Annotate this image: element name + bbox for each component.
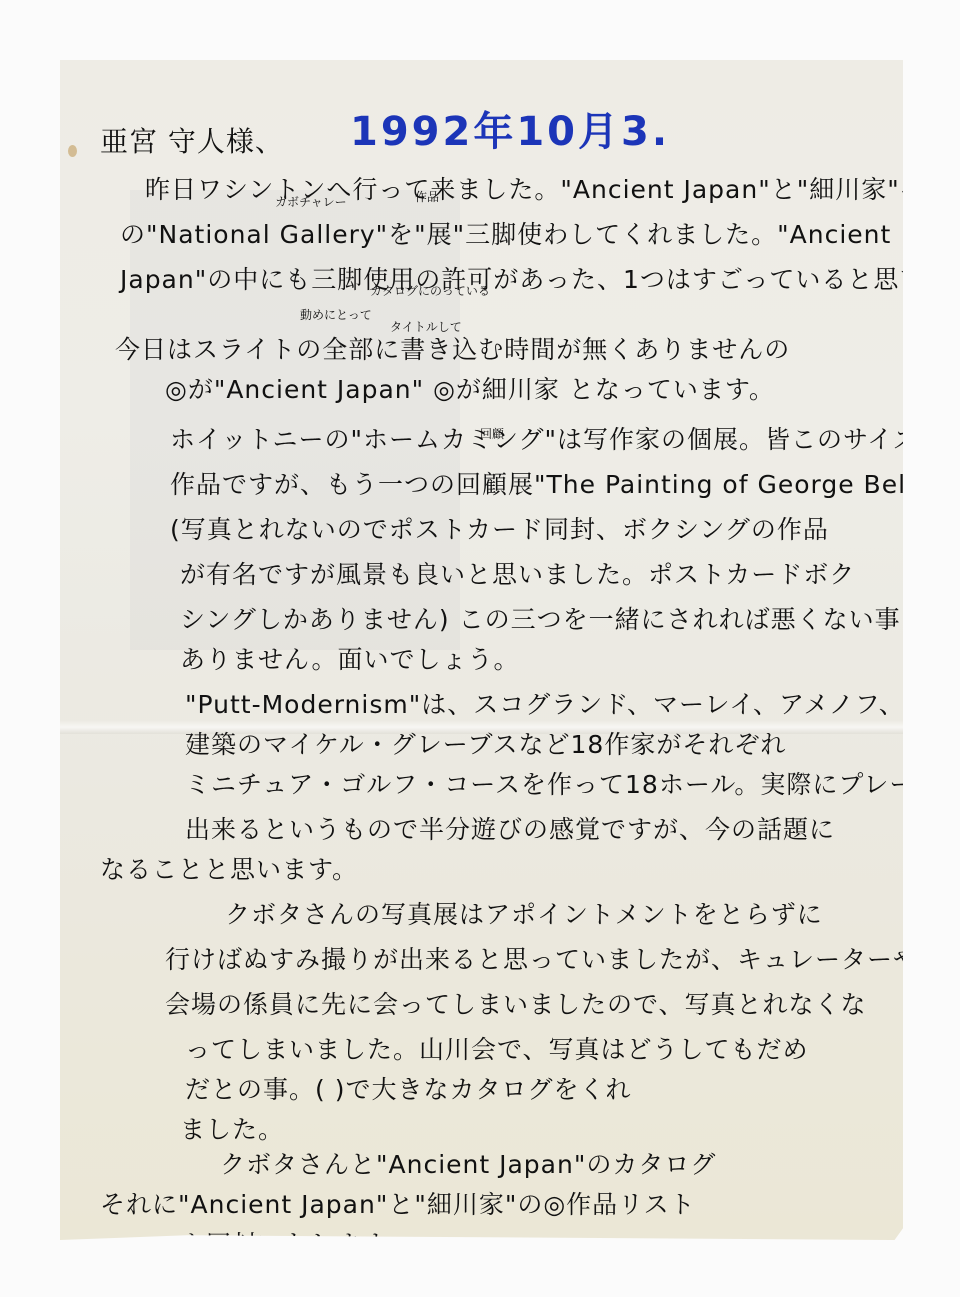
letter-line: 会場の係員に先に会ってしまいましたので、写真とれなくな <box>165 985 867 1021</box>
letter-line: だとの事。( )で大きなカタログをくれ <box>185 1070 631 1106</box>
letter-line: ありません。面いでしょう。 <box>180 640 520 676</box>
letter-line: 出来るというもので半分遊びの感覚ですが、今の話題に <box>185 810 835 846</box>
letter-line: ミニチュア・ゴルフ・コースを作って18ホール。実際にプレー <box>185 765 915 801</box>
letter-line: Japan"の中にも三脚使用の許可があった、1つはすごっていると思いです。 <box>120 260 960 296</box>
letter-line: の"National Gallery"を"展"三脚使わしてくれました。"Anci… <box>120 215 891 251</box>
salutation: 亜宮 守人様、 <box>100 120 284 160</box>
letter-line: 建築のマイケル・グレーブスなど18作家がそれぞれ <box>185 725 786 761</box>
paper-stain <box>68 145 77 157</box>
letter-line: 昨日ワシントンへ行って来ました。"Ancient Japan"と"細川家"ギャラ… <box>145 170 960 206</box>
letter-paper: 亜宮 守人様、 1992年10月3. カボチャレー 作品 カタログにのっている … <box>60 60 903 1240</box>
letter-line: 今日はスライトの全部に書き込む時間が無くありませんの <box>115 330 790 366</box>
letter-line: ました。 <box>180 1110 284 1146</box>
letter-line: も同封いたします。 <box>180 1225 412 1261</box>
letter-line: ホイットニーの"ホームカミング"は写作家の個展。皆このサイズの <box>170 420 945 456</box>
letter-line: ってしまいました。山川会で、写真はどうしてもだめ <box>185 1030 809 1066</box>
letter-line: (写真とれないのでポストカード同封、ボクシングの作品 <box>170 510 829 546</box>
letter-date: 1992年10月3. <box>350 100 670 157</box>
letter-line: それに"Ancient Japan"と"細川家"の◎作品リスト <box>100 1185 696 1221</box>
letter-line: なることと思います。 <box>100 850 358 886</box>
letter-line: ◎が"Ancient Japan" ◎が細川家 となっています。 <box>165 370 775 406</box>
letter-line: 作品ですが、もう一つの回顧展"The Painting of George Be… <box>170 465 960 501</box>
letter-line: が有名ですが風景も良いと思いました。ポストカードボク <box>180 555 855 591</box>
letter-line: "Putt-Modernism"は、スコグランド、マーレイ、アメノフ、 <box>185 685 905 721</box>
letter-line: クボタさんと"Ancient Japan"のカタログ <box>220 1145 716 1181</box>
letter-line: クボタさんの写真展はアポイントメントをとらずに <box>225 895 823 931</box>
letter-line: 行けばぬすみ撮りが出来ると思っていましたが、キュレーターや <box>165 940 919 976</box>
annotation: 動めにとって <box>300 306 372 323</box>
letter-line: シングしかありません) この三つを一緒にされれば悪くない事も <box>180 600 927 636</box>
